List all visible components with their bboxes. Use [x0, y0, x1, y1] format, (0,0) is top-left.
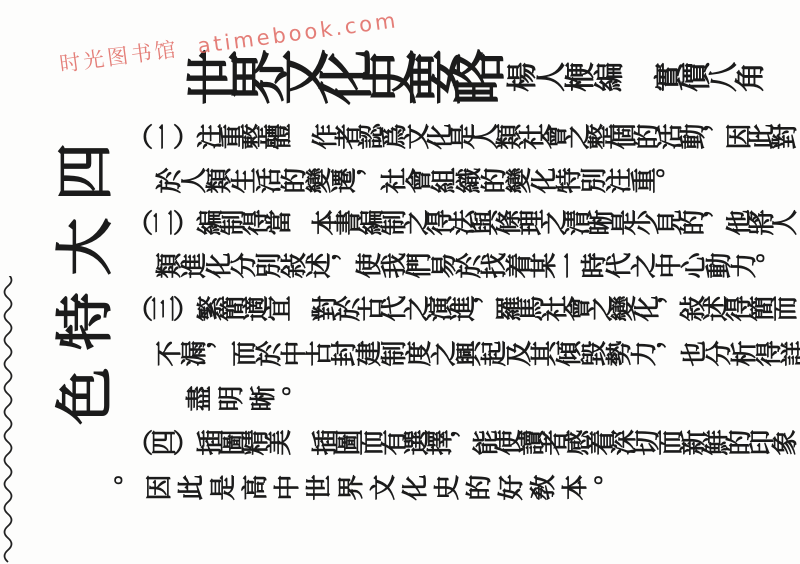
author-credit: 楊人楩編: [506, 63, 622, 98]
point-4-line-1: （四）插圖精美 插圖而有選擇，能使讀者感着深切而新鮮的印象: [127, 430, 794, 456]
features-banner-char: 四: [38, 143, 122, 201]
point-3-line-1: （三）繁簡適宜 對於古代之演進，羅馬社會之變化，敍述得簡而: [127, 296, 794, 322]
point-1-line-1: （一）注重整體 作者認爲文化是人類社會之整個的活動，因此對: [127, 124, 794, 150]
point-3-line-3: 盡明晰。: [185, 386, 313, 412]
features-banner: 四大特色: [48, 143, 112, 425]
point-1-line-2: 於人類生活的變遷，社會組織的變化特別注重。: [155, 168, 680, 194]
scanned-book-page: 世界文化史要略 楊人楩編 實價八角 四大特色 （一）注重整體 作者認爲文化是人類…: [0, 0, 800, 564]
point-3-line-2: 不漏，而於中古封建制度之興起及其傾毀勢力，也分析得詳: [155, 341, 800, 367]
point-2-line-2: 類進化分別敍述，使我們易於找着某一時代之中心動力。: [155, 253, 780, 279]
point-2-line-1: （二）編制得當 本書編制之得法與條理之清晰是少見的，他將人: [127, 210, 794, 236]
features-banner-char: 特: [38, 292, 122, 350]
features-banner-char: 色: [38, 367, 122, 425]
price-label: 實價八角: [653, 63, 761, 98]
wavy-underline: [0, 276, 16, 564]
point-4-line-2: 。因此是高中世界文化史的好敎本。: [113, 475, 625, 501]
features-banner-char: 大: [38, 218, 122, 276]
